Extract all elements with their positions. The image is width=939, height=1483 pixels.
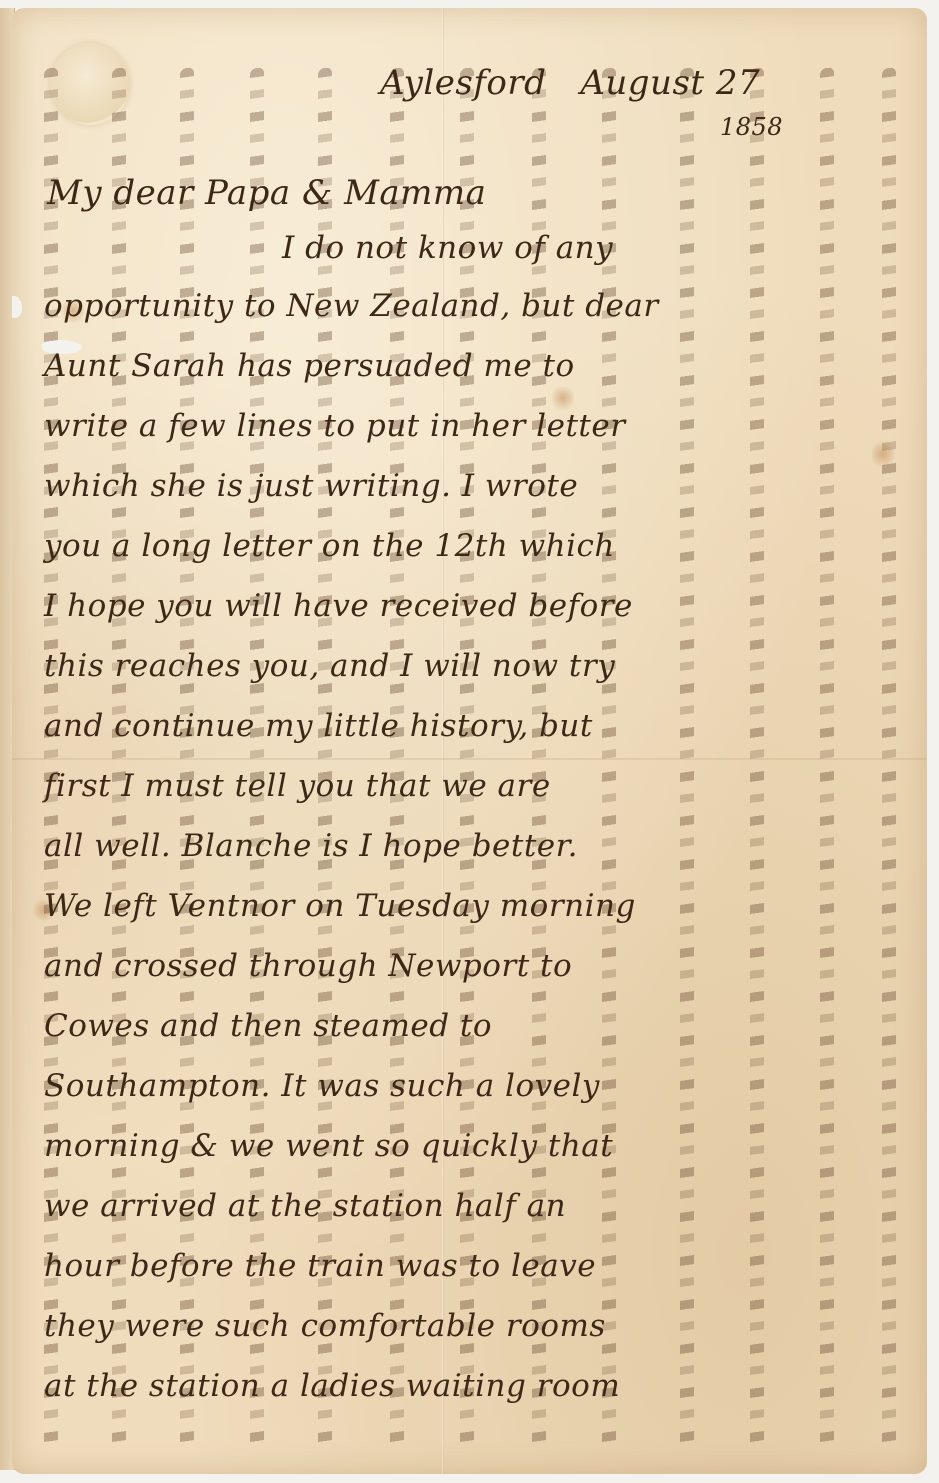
heading-place: Aylesford bbox=[380, 63, 546, 103]
letter-heading-place-date: Aylesford August 27 bbox=[380, 63, 760, 103]
body-line: opportunity to New Zealand, but dear bbox=[44, 288, 659, 324]
body-line: We left Ventnor on Tuesday morning bbox=[44, 888, 636, 924]
paper-tear bbox=[12, 296, 22, 318]
body-line: this reaches you, and I will now try bbox=[44, 648, 615, 684]
body-line: they were such comfortable rooms bbox=[44, 1308, 606, 1344]
foxing-stain bbox=[872, 438, 894, 470]
body-line: at the station a ladies waiting room bbox=[44, 1368, 620, 1404]
heading-date: August 27 bbox=[580, 63, 760, 103]
letter-page: Aylesford August 27 1858 My dear Papa & … bbox=[12, 8, 927, 1474]
heading-year: 1858 bbox=[720, 113, 783, 141]
body-line: all well. Blanche is I hope better. bbox=[44, 828, 578, 864]
embossed-seal-icon bbox=[50, 43, 130, 125]
body-line: which she is just writing. I wrote bbox=[44, 468, 578, 504]
salutation: My dear Papa & Mamma bbox=[47, 173, 486, 213]
body-line: I do not know of any bbox=[282, 230, 613, 266]
body-line: we arrived at the station half an bbox=[44, 1188, 566, 1224]
body-line: you a long letter on the 12th which bbox=[44, 528, 615, 564]
body-line: Southampton. It was such a lovely bbox=[44, 1068, 600, 1104]
body-line: and continue my little history, but bbox=[44, 708, 593, 744]
fold-crease-horizontal bbox=[12, 758, 927, 760]
body-line: I hope you will have received before bbox=[44, 588, 633, 624]
body-line: Aunt Sarah has persuaded me to bbox=[44, 348, 575, 384]
body-line: first I must tell you that we are bbox=[44, 768, 551, 804]
body-line: write a few lines to put in her letter bbox=[44, 408, 626, 444]
body-line: and crossed through Newport to bbox=[44, 948, 572, 984]
body-line: Cowes and then steamed to bbox=[44, 1008, 492, 1044]
body-line: hour before the train was to leave bbox=[44, 1248, 596, 1284]
body-line: morning & we went so quickly that bbox=[44, 1128, 613, 1164]
